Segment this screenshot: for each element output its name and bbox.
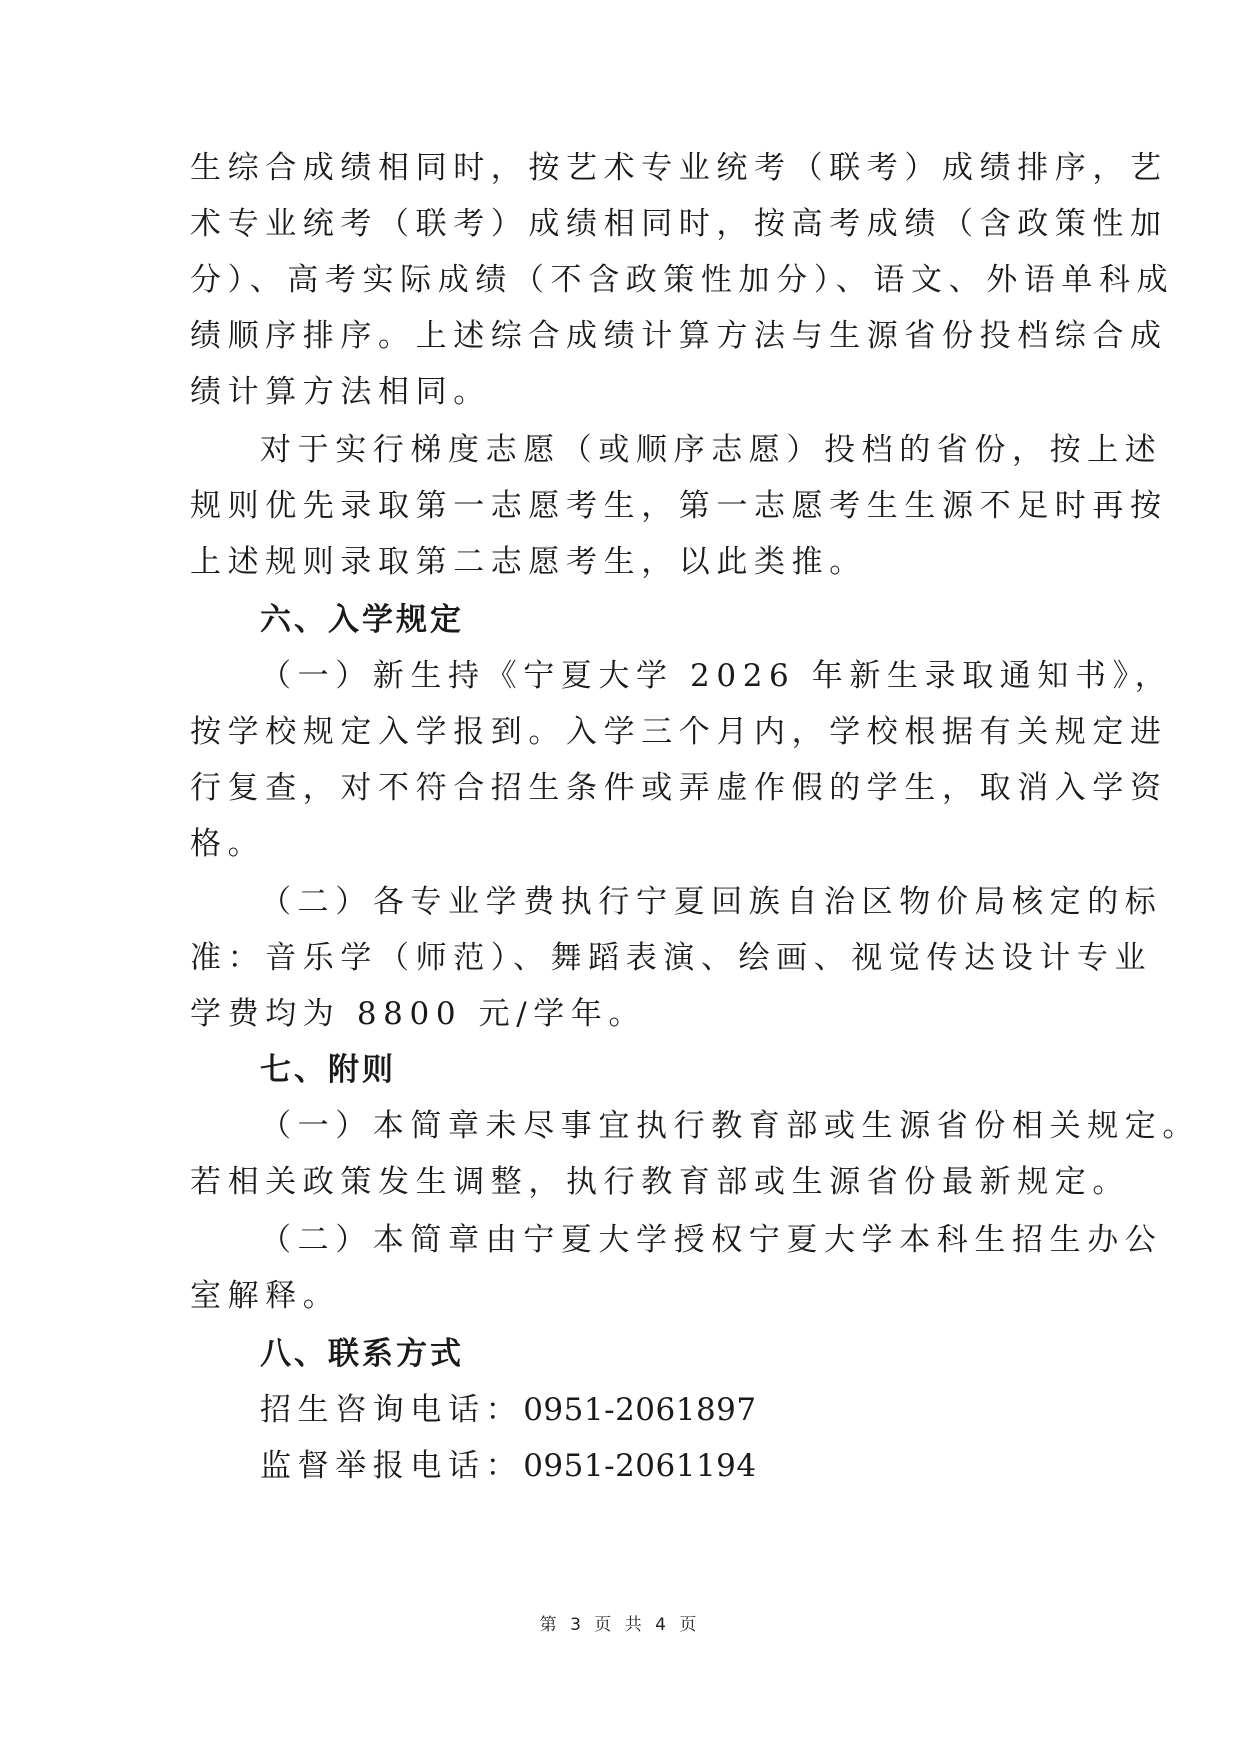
paragraph-line: 格。 (190, 824, 265, 864)
paragraph-line: 学费均为 8800 元/学年。 (190, 994, 646, 1034)
paragraph-line: 若相关政策发生调整，执行教育部或生源省份最新规定。 (190, 1162, 1130, 1202)
paragraph-line: （二）各专业学费执行宁夏回族自治区物价局核定的标 (260, 882, 1162, 922)
document-page: 生综合成绩相同时，按艺术专业统考（联考）成绩排序，艺 术专业统考（联考）成绩相同… (0, 0, 1240, 1753)
paragraph-line: 绩顺序排序。上述综合成绩计算方法与生源省份投档综合成 (190, 316, 1168, 356)
supervision-phone: 0951-2061194 (523, 1448, 756, 1484)
paragraph-line: 按学校规定入学报到。入学三个月内，学校根据有关规定进 (190, 712, 1168, 752)
section-heading-contact: 八、联系方式 (260, 1334, 464, 1374)
contact-supervision: 监督举报电话：0951-2061194 (260, 1446, 757, 1486)
admissions-phone: 0951-2061897 (523, 1392, 756, 1428)
paragraph-line: 行复查，对不符合招生条件或弄虚作假的学生，取消入学资 (190, 768, 1168, 808)
paragraph-line: （一）本简章未尽事宜执行教育部或生源省份相关规定。 (260, 1106, 1200, 1146)
paragraph-line: 上述规则录取第二志愿考生，以此类推。 (190, 542, 867, 582)
contact-admissions: 招生咨询电话：0951-2061897 (260, 1390, 757, 1430)
paragraph-line: 对于实行梯度志愿（或顺序志愿）投档的省份，按上述 (260, 430, 1162, 470)
paragraph-line: （一）新生持《宁夏大学 2026 年新生录取通知书》， (260, 656, 1172, 696)
paragraph-line: 准：音乐学（师范）、舞蹈表演、绘画、视觉传达设计专业 (190, 938, 1152, 978)
section-heading-admission: 六、入学规定 (260, 600, 464, 640)
paragraph-line: 绩计算方法相同。 (190, 372, 491, 412)
paragraph-line: 术专业统考（联考）成绩相同时，按高考成绩（含政策性加 (190, 204, 1168, 244)
page-number-footer: 第 3 页 共 4 页 (0, 1610, 1240, 1635)
paragraph-line: 规则优先录取第一志愿考生，第一志愿考生生源不足时再按 (190, 486, 1168, 526)
paragraph-line: 生综合成绩相同时，按艺术专业统考（联考）成绩排序，艺 (190, 148, 1168, 188)
contact-label: 招生咨询电话： (260, 1392, 523, 1428)
paragraph-line: 分）、高考实际成绩（不含政策性加分）、语文、外语单科成 (190, 260, 1174, 300)
section-heading-appendix: 七、附则 (260, 1050, 396, 1090)
paragraph-line: 室解释。 (190, 1276, 340, 1316)
contact-label: 监督举报电话： (260, 1448, 523, 1484)
paragraph-line: （二）本简章由宁夏大学授权宁夏大学本科生招生办公 (260, 1220, 1162, 1260)
